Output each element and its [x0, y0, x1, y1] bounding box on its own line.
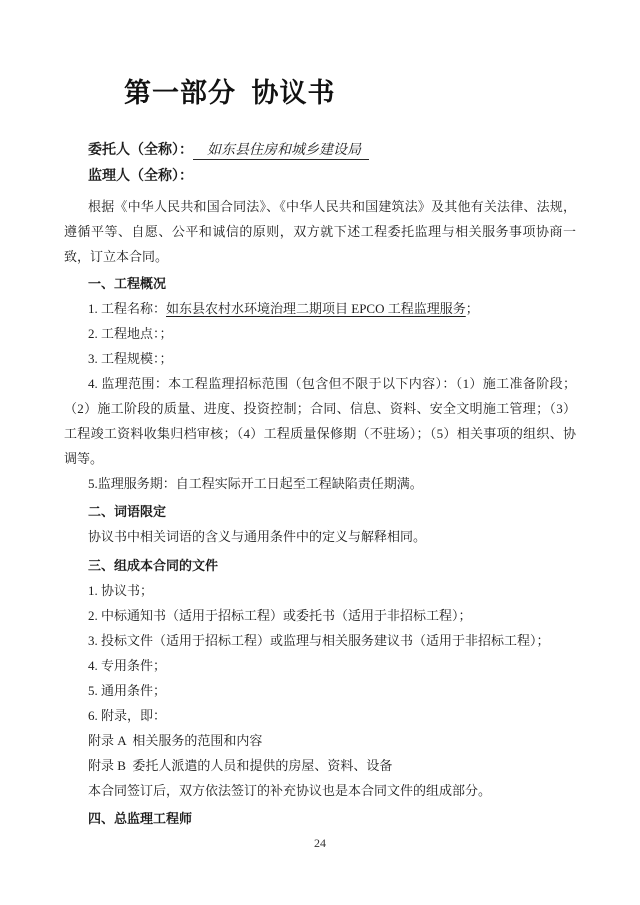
page-title: 第一部分 协议书 — [124, 78, 576, 108]
section4-heading: 四、总监理工程师 — [64, 806, 576, 831]
section2-body: 协议书中相关词语的含义与通用条件中的定义与解释相同。 — [64, 524, 576, 549]
supplementary-agreement-line: 本合同签订后，双方依法签订的补充协议也是本合同文件的组成部分。 — [64, 778, 576, 803]
project-name-value: 如东县农村水环境治理二期项目 EPCO 工程监理服务 — [166, 301, 466, 316]
contract-doc-item-3: 3. 投标文件（适用于招标工程）或监理与相关服务建议书（适用于非招标工程）； — [64, 628, 576, 653]
appendix-b-line: 附录 B 委托人派遣的人员和提供的房屋、资料、设备 — [64, 753, 576, 778]
client-name-filled: 如东县住房和城乡建设局 — [193, 143, 369, 160]
project-location-item: 2. 工程地点：； — [64, 321, 576, 346]
preamble-paragraph: 根据《中华人民共和国合同法》、《中华人民共和国建筑法》及其他有关法律、法规，遵循… — [64, 194, 576, 269]
project-scale-item: 3. 工程规模：； — [64, 346, 576, 371]
contract-doc-item-5: 5. 通用条件； — [64, 678, 576, 703]
client-line: 委托人（全称）：如东县住房和城乡建设局 — [64, 138, 576, 164]
section1-heading: 一、工程概况 — [64, 271, 576, 296]
contract-doc-item-2: 2. 中标通知书（适用于招标工程）或委托书（适用于非招标工程）； — [64, 603, 576, 628]
section3-heading: 三、组成本合同的文件 — [64, 553, 576, 578]
contract-doc-item-1: 1. 协议书； — [64, 578, 576, 603]
document-page: 第一部分 协议书 委托人（全称）：如东县住房和城乡建设局 监理人（全称）： 根据… — [0, 0, 640, 905]
section2-heading: 二、词语限定 — [64, 499, 576, 524]
client-label: 委托人（全称）： — [88, 143, 193, 158]
contract-doc-item-6: 6. 附录，即： — [64, 703, 576, 728]
appendix-a-line: 附录 A 相关服务的范围和内容 — [64, 728, 576, 753]
supervision-scope-item: 4. 监理范围：本工程监理招标范围（包含但不限于以下内容）：（1）施工准备阶段；… — [64, 371, 576, 471]
supervisor-line: 监理人（全称）： — [64, 164, 576, 190]
contract-doc-item-4: 4. 专用条件； — [64, 653, 576, 678]
project-name-item: 1. 工程名称：如东县农村水环境治理二期项目 EPCO 工程监理服务； — [64, 296, 576, 321]
supervisor-label: 监理人（全称）： — [88, 169, 193, 184]
project-name-label: 1. 工程名称： — [88, 301, 166, 316]
project-name-suffix: ； — [466, 301, 479, 316]
service-period-item: 5.监理服务期：自工程实际开工日起至工程缺陷责任期满。 — [64, 471, 576, 496]
page-number: 24 — [0, 836, 640, 851]
